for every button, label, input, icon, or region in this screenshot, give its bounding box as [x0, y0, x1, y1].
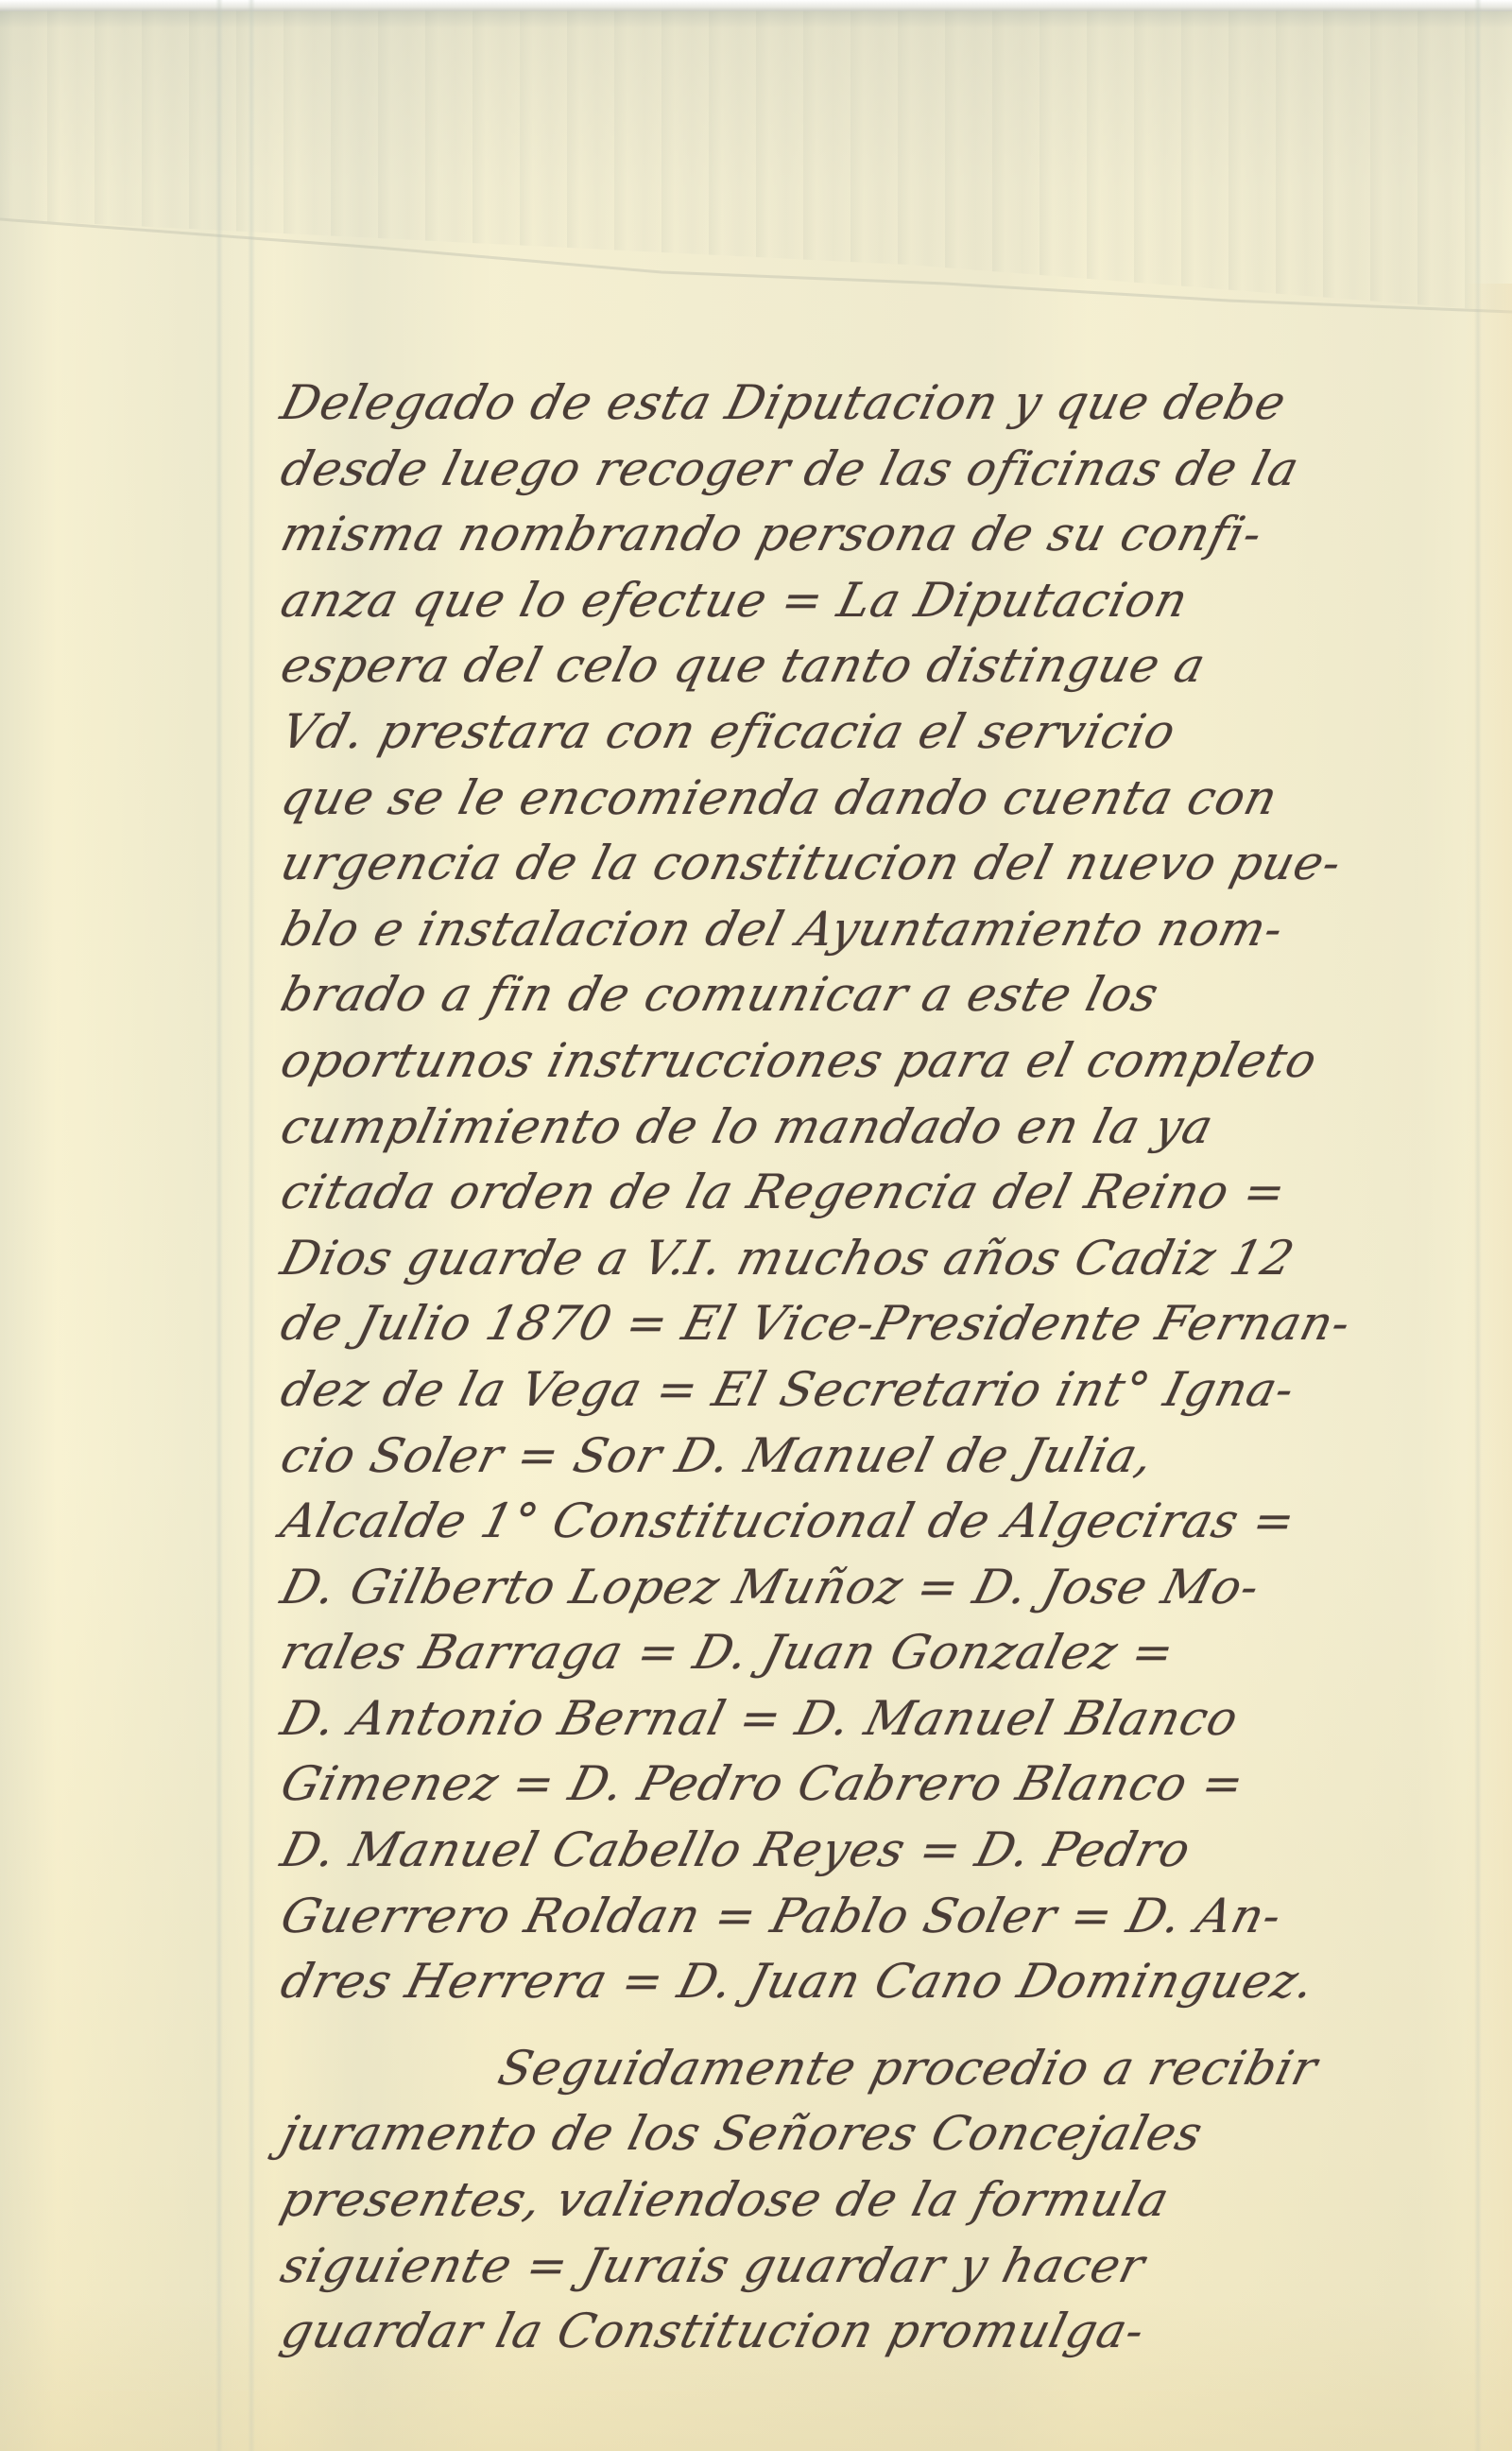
text-line: guardar la Constitucion promulga- [274, 2299, 1490, 2365]
text-line: cumplimiento de lo mandado en la ya [274, 1095, 1490, 1161]
fold-line-left-2 [248, 0, 255, 2451]
text-line: Delegado de esta Diputacion y que debe [274, 371, 1490, 437]
text-line: cio Soler = Sor D. Manuel de Julia, [274, 1424, 1490, 1490]
text-line: Guerrero Roldan = Pablo Soler = D. An- [274, 1884, 1490, 1950]
text-line: Seguidamente procedio a recibir [274, 2036, 1490, 2102]
text-line: Gimenez = D. Pedro Cabrero Blanco = [274, 1752, 1490, 1818]
manuscript-text: Delegado de esta Diputacion y que debe d… [274, 371, 1474, 2365]
text-line: espera del celo que tanto distingue a [274, 633, 1490, 699]
text-line: desde luego recoger de las oficinas de l… [274, 437, 1490, 503]
text-line: D. Antonio Bernal = D. Manuel Blanco [274, 1686, 1490, 1752]
fold-line-left [215, 0, 223, 2451]
text-line: siguiente = Jurais guardar y hacer [274, 2234, 1490, 2300]
text-line: D. Manuel Cabello Reyes = D. Pedro [274, 1818, 1490, 1884]
text-line: Vd. prestara con eficacia el servicio [274, 699, 1490, 766]
text-line: Alcalde 1° Constitucional de Algeciras = [274, 1489, 1490, 1555]
text-line: citada orden de la Regencia del Reino = [274, 1160, 1490, 1226]
paragraph-1: Delegado de esta Diputacion y que debe d… [274, 371, 1474, 2015]
text-line: misma nombrando persona de su confi- [274, 502, 1490, 568]
page-top-edge [0, 0, 1512, 11]
text-line: D. Gilberto Lopez Muñoz = D. Jose Mo- [274, 1555, 1490, 1621]
text-line: urgencia de la constitucion del nuevo pu… [274, 831, 1490, 897]
text-line: que se le encomienda dando cuenta con [274, 766, 1490, 832]
paragraph-2: Seguidamente procedio a recibir jurament… [274, 2036, 1474, 2365]
text-line: juramento de los Señores Concejales [274, 2101, 1490, 2167]
text-line: rales Barraga = D. Juan Gonzalez = [274, 1620, 1490, 1686]
text-line: dres Herrera = D. Juan Cano Dominguez. [274, 1949, 1490, 2015]
text-line: blo e instalacion del Ayuntamiento nom- [274, 897, 1490, 963]
text-line: brado a fin de comunicar a este los [274, 962, 1490, 1028]
text-line: presentes, valiendose de la formula [274, 2167, 1490, 2234]
text-line: de Julio 1870 = El Vice-Presidente Ferna… [274, 1291, 1490, 1357]
text-line: dez de la Vega = El Secretario int° Igna… [274, 1357, 1490, 1424]
text-line: anza que lo efectue = La Diputacion [274, 568, 1490, 634]
text-line: oportunos instrucciones para el completo [274, 1028, 1490, 1095]
text-line: Dios guarde a V.I. muchos años Cadiz 12 [274, 1226, 1490, 1292]
